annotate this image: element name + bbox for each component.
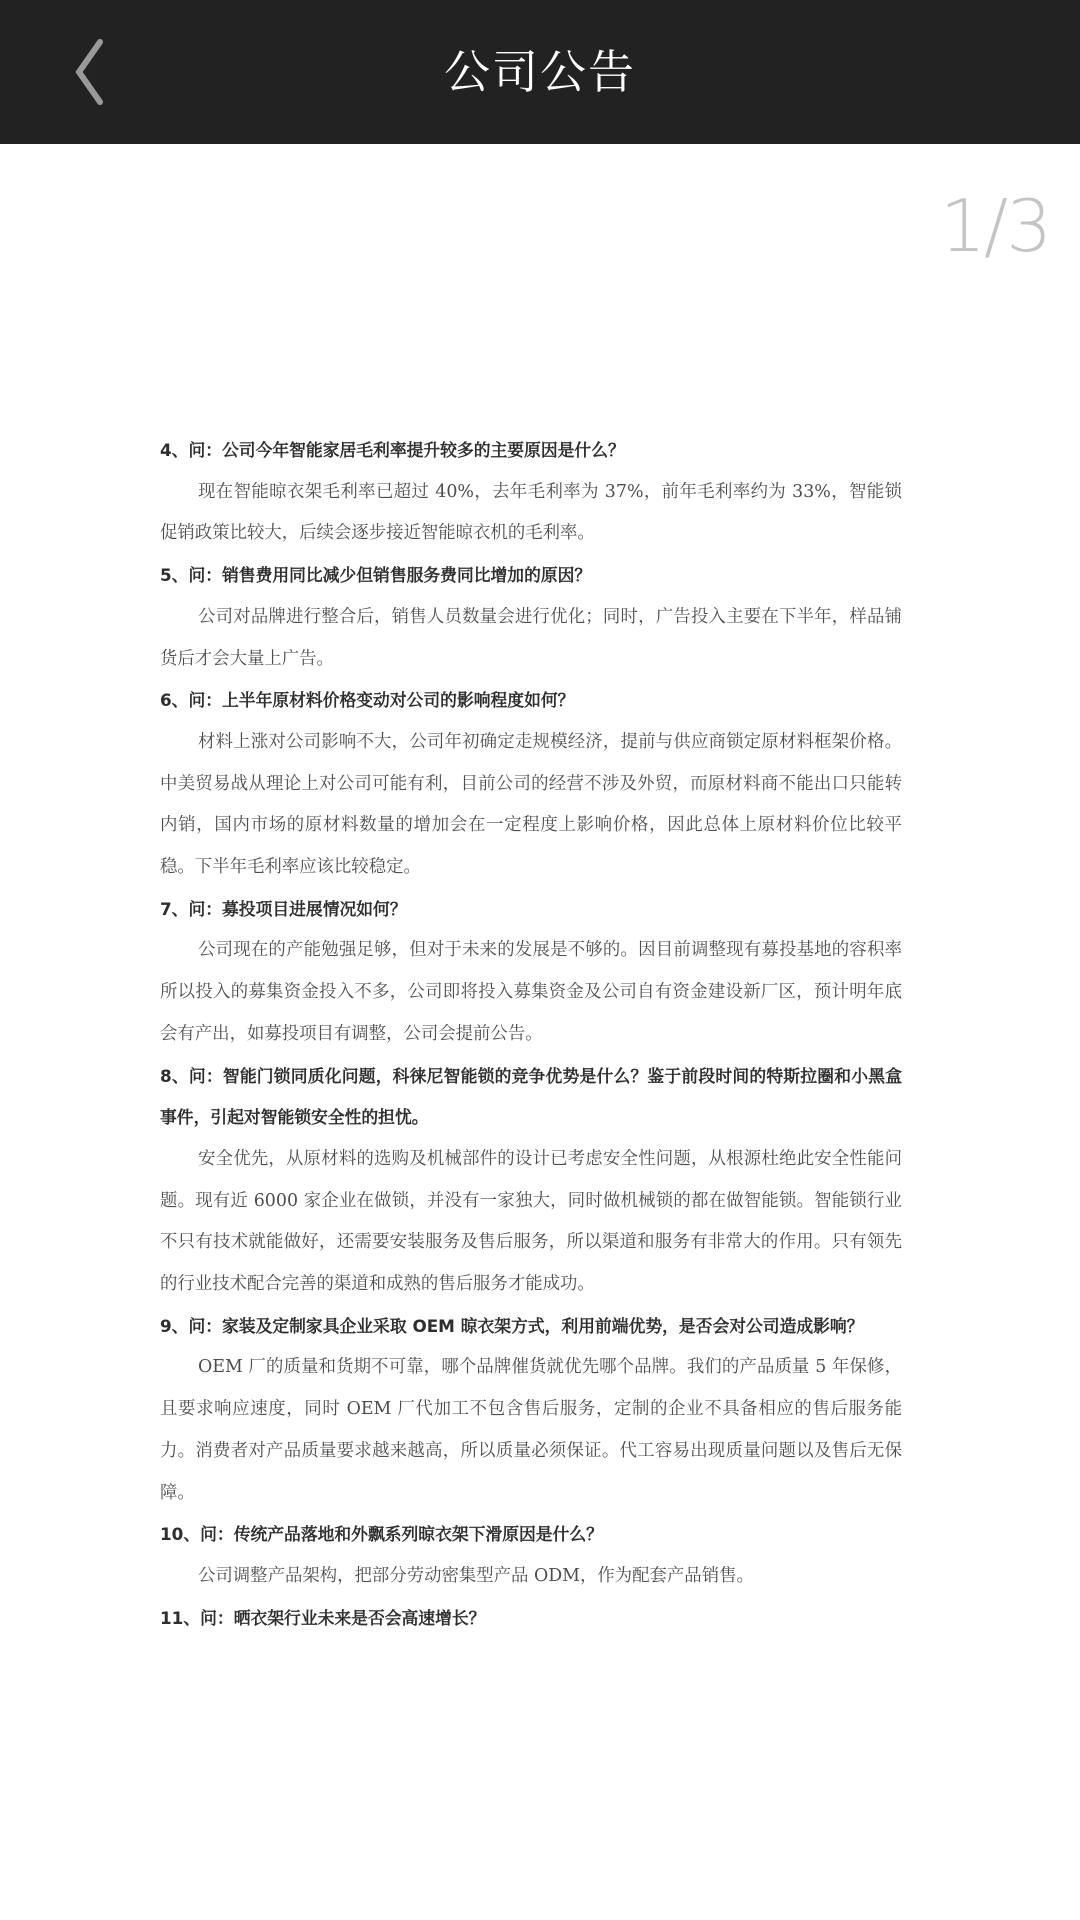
- question-5: 5、问：销售费用同比减少但销售服务费同比增加的原因？: [160, 555, 902, 597]
- answer-7: 公司现在的产能勉强足够，但对于未来的发展是不够的。因目前调整现有募投基地的容积率…: [160, 930, 902, 1055]
- question-6: 6、问：上半年原材料价格变动对公司的影响程度如何？: [160, 680, 902, 722]
- answer-9: OEM 厂的质量和货期不可靠，哪个品牌催货就优先哪个品牌。我们的产品质量 5 年…: [160, 1347, 902, 1514]
- answer-6: 材料上涨对公司影响不大，公司年初确定走规模经济，提前与供应商锁定原材料框架价格。…: [160, 722, 902, 889]
- question-9: 9、问：家装及定制家具企业采取 OEM 晾衣架方式，利用前端优势，是否会对公司造…: [160, 1306, 902, 1348]
- question-4: 4、问：公司今年智能家居毛利率提升较多的主要原因是什么？: [160, 430, 902, 472]
- app-header: 公司公告: [0, 0, 1080, 144]
- answer-4: 现在智能晾衣架毛利率已超过 40%，去年毛利率为 37%，前年毛利率约为 33%…: [160, 472, 902, 555]
- page-title: 公司公告: [0, 40, 1080, 104]
- page-counter: 1/3: [940, 184, 1050, 268]
- answer-5: 公司对品牌进行整合后，销售人员数量会进行优化；同时，广告投入主要在下半年，样品铺…: [160, 597, 902, 680]
- answer-10: 公司调整产品架构，把部分劳动密集型产品 ODM，作为配套产品销售。: [160, 1556, 902, 1598]
- question-10: 10、问：传统产品落地和外飘系列晾衣架下滑原因是什么？: [160, 1514, 902, 1556]
- question-11: 11、问：晒衣架行业未来是否会高速增长？: [160, 1598, 902, 1640]
- question-7: 7、问：募投项目进展情况如何？: [160, 889, 902, 931]
- answer-8: 安全优先，从原材料的选购及机械部件的设计已考虑安全性问题，从根源杜绝此安全性能问…: [160, 1139, 902, 1306]
- question-8: 8、问：智能门锁同质化问题，科徕尼智能锁的竞争优势是什么？鉴于前段时间的特斯拉圈…: [160, 1056, 902, 1139]
- announcement-document: 4、问：公司今年智能家居毛利率提升较多的主要原因是什么？ 现在智能晾衣架毛利率已…: [160, 430, 902, 1639]
